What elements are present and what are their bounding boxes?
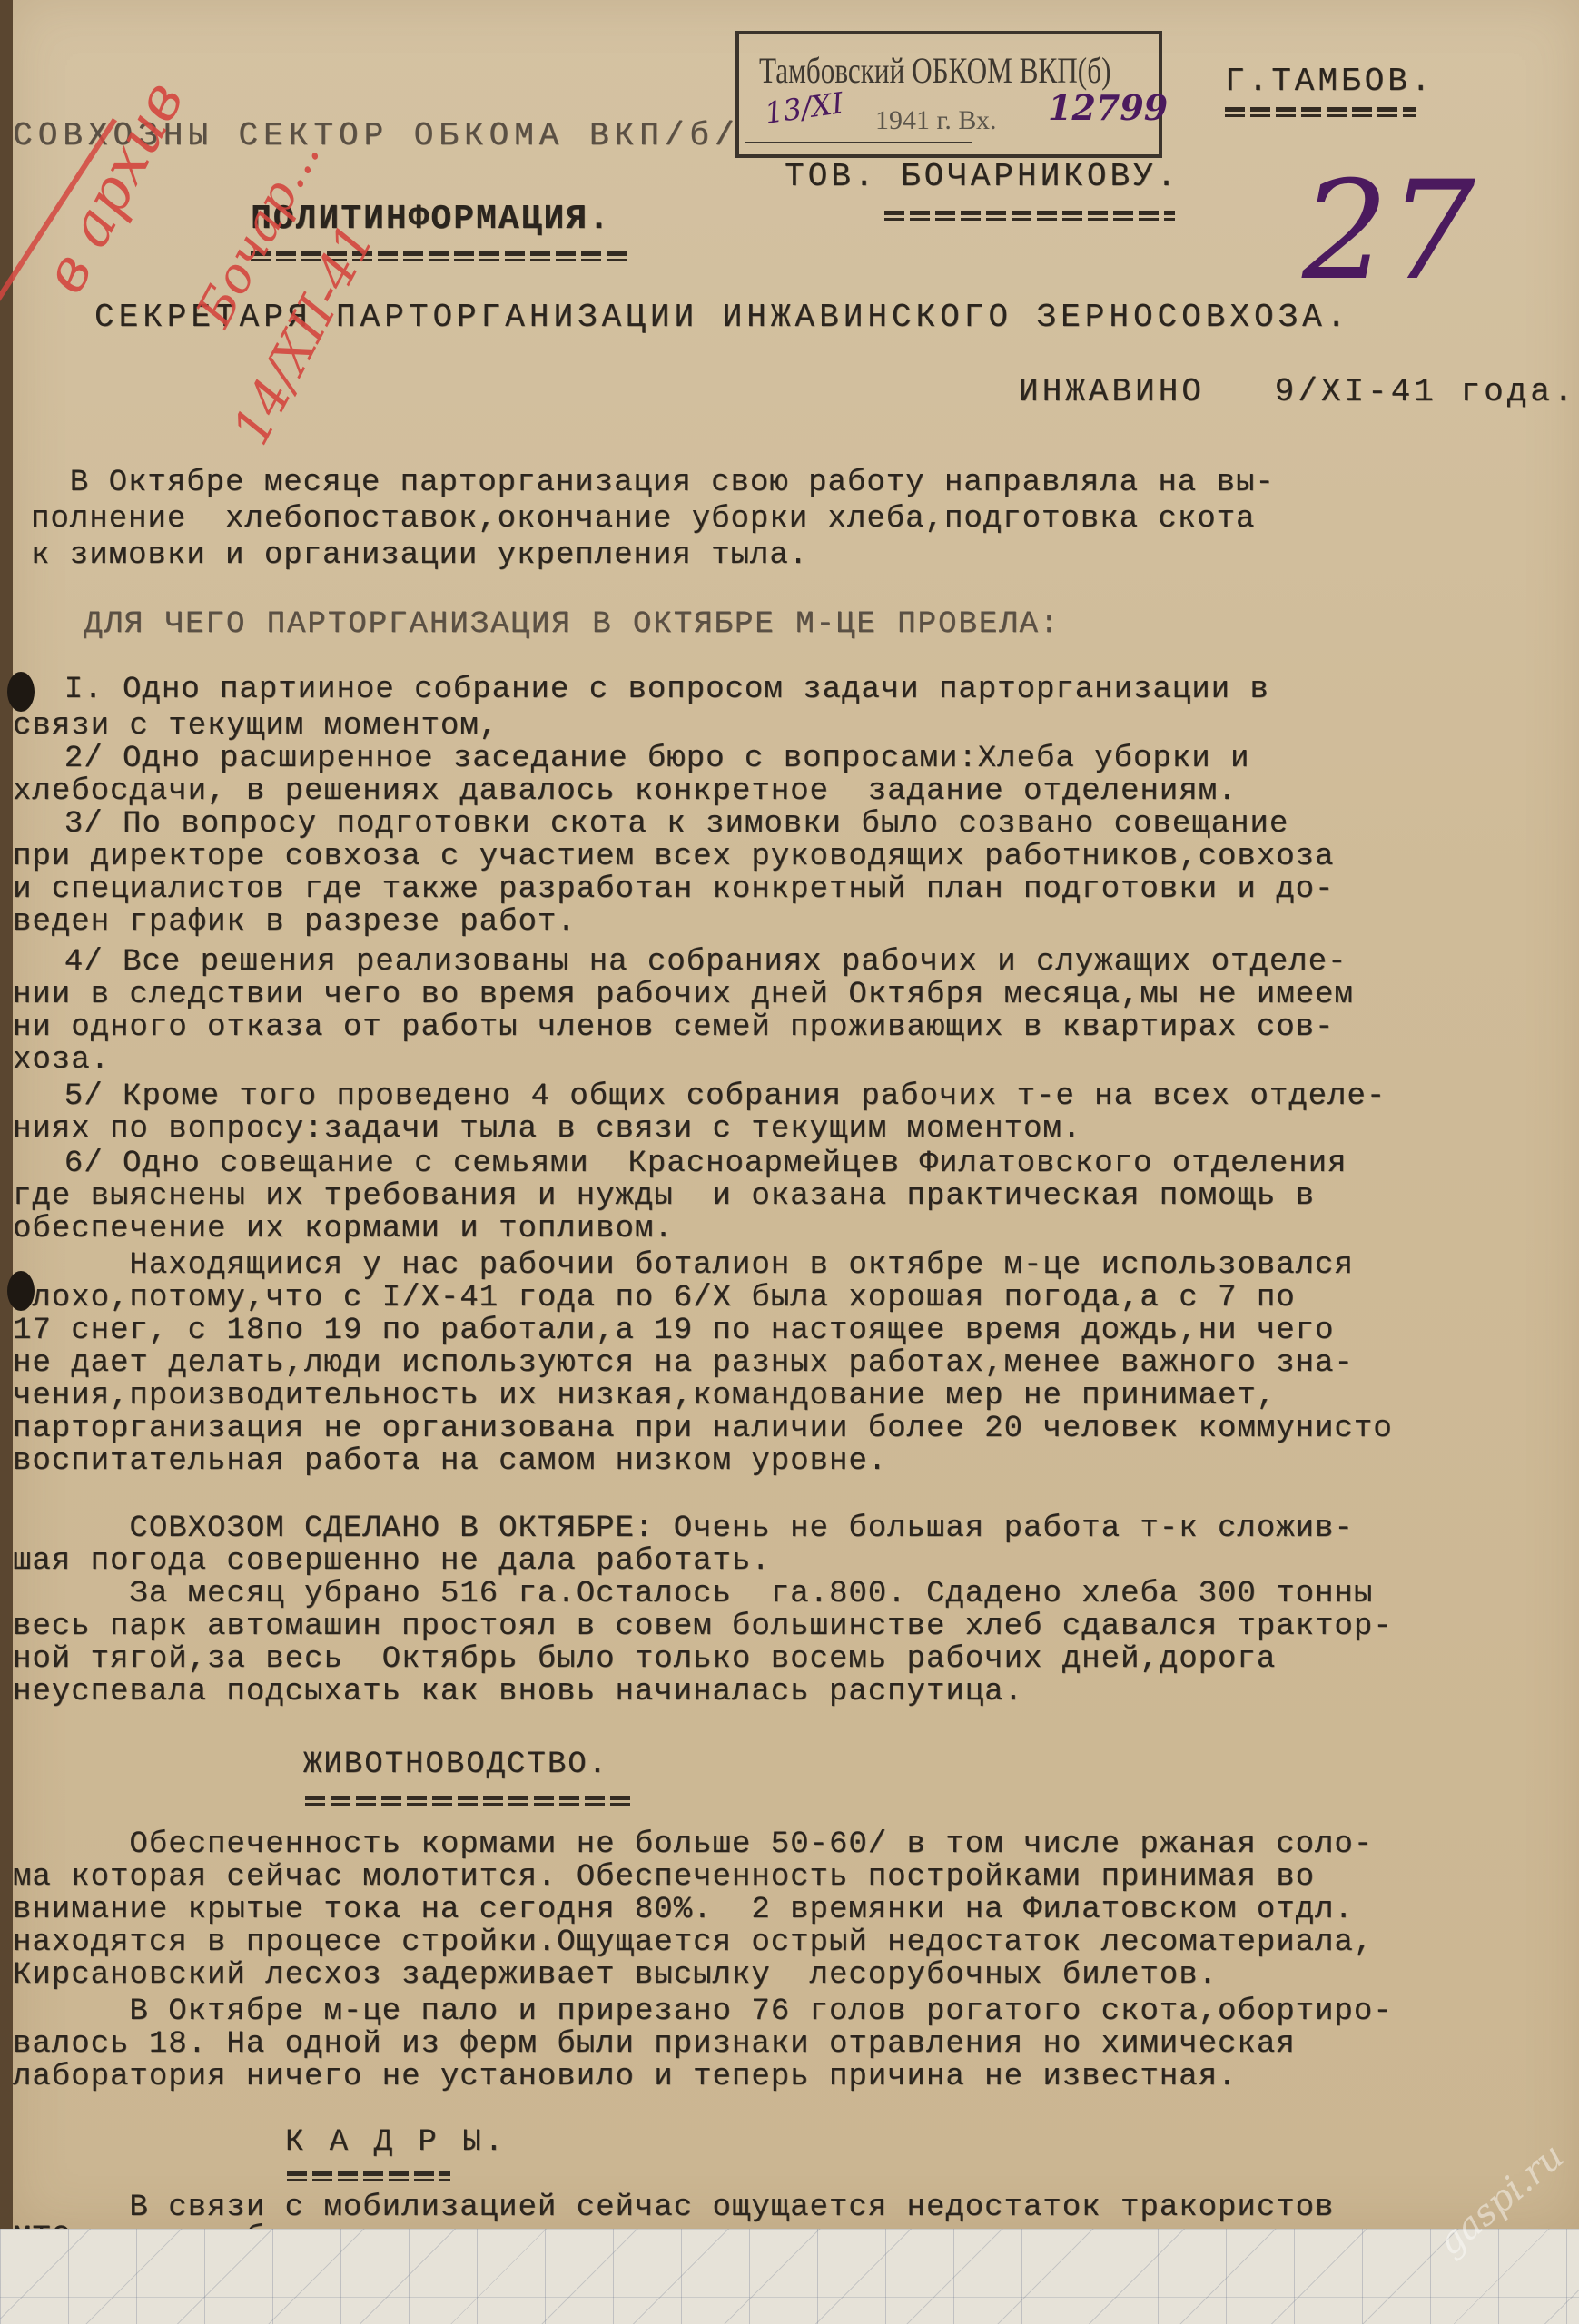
document-page: СОВХОЗНЫ СЕКТОР ОБКОМА ВКП/б/ Тамбовский… (13, 0, 1579, 2229)
text-line: СОВХОЗОМ СДЕЛАНО В ОКТЯБРЕ: Очень не бол… (13, 1511, 1354, 1547)
text-line: и специалистов где также разработан конк… (13, 871, 1334, 908)
text-line: веден график в разрезе работ. (13, 904, 577, 940)
text-line: лаборатория ничего не установило и тепер… (13, 2059, 1237, 2095)
text-line: связи с текущим моментом, (13, 708, 498, 744)
text-line: к зимовки и организации укрепления тыла. (31, 537, 808, 574)
section-heading-actions: ДЛЯ ЧЕГО ПАРТОРГАНИЗАЦИЯ В ОКТЯБРЕ М-ЦЕ … (84, 606, 1060, 643)
text-line: 17 снег, с 18по 19 по работали,а 19 по н… (13, 1313, 1334, 1349)
text-line: хоза. (13, 1042, 110, 1078)
text-line: находятся в процесе стройки.Ощущается ос… (13, 1925, 1373, 1961)
text-line: 5/ Кроме того проведено 4 общих собрания… (25, 1078, 1386, 1115)
folio-number: 27 (1302, 163, 1475, 300)
section-heading-cadres: К А Д Р Ы. (285, 2124, 507, 2161)
place-date-line: ИНЖАВИНО 9/XI-41 года. (1019, 374, 1576, 410)
text-line: парторганизация не организована при нали… (13, 1411, 1393, 1447)
text-line: валось 18. На одной из ферм были признак… (13, 2026, 1296, 2063)
text-line: при директоре совхоза с участием всех ру… (13, 839, 1334, 875)
text-line: 6/ Одно совещание с семьями Красноармейц… (25, 1146, 1347, 1182)
text-line: Обеспеченность кормами не больше 50-60/ … (13, 1827, 1373, 1863)
text-line: нии в следствии чего во время рабочих дн… (13, 977, 1354, 1013)
text-line: В Октябре месяце парторганизация свою ра… (31, 465, 1275, 501)
text-line: 4/ Все решения реализованы на собраниях … (25, 944, 1347, 980)
text-line: чения,производительность их низкая,коман… (13, 1378, 1276, 1414)
incoming-stamp: Тамбовский ОБКОМ ВКП(б) 13/XI 1941 г. Вх… (735, 31, 1162, 158)
text-line: воспитательная работа на самом низком ур… (13, 1443, 887, 1480)
text-line: обеспечение их кормами и топливом. (13, 1211, 674, 1247)
addressee-line: ТОВ. БОЧАРНИКОВУ. (785, 159, 1179, 195)
text-line: полнение хлебопоставок,окончание уборки … (31, 501, 1255, 537)
text-line: ни одного отказа от работы членов семей … (13, 1009, 1334, 1046)
text-line: В Октябре м-це пало и прирезано 76 голов… (13, 1994, 1393, 2030)
red-resolution: в архив (31, 71, 197, 304)
page-binding-edge (0, 0, 13, 2324)
text-line: 2/ Одно расширенное заседание бюро с воп… (25, 741, 1249, 777)
city-line: Г.ТАМБОВ. (1225, 64, 1434, 100)
punch-hole (7, 1271, 35, 1311)
text-line: хлебосдачи, в решениях давалось конкретн… (13, 773, 1237, 810)
text-line: 3/ По вопросу подготовки скота к зимовки… (25, 806, 1288, 842)
text-line: ниях по вопросу:задачи тыла в связи с те… (13, 1111, 1081, 1147)
text-line: ма которая сейчас молотится. Обеспеченно… (13, 1859, 1315, 1896)
text-line: За месяц убрано 516 га.Осталось га.800. … (13, 1576, 1373, 1612)
text-line: ной тягой,за весь Октябрь было только во… (13, 1641, 1276, 1678)
city-underline (1225, 107, 1416, 112)
stamp-year: 1941 г. Вх. (875, 105, 997, 136)
text-line: I. Одно партииное собрание с вопросом за… (25, 672, 1269, 708)
cadres-underline (287, 2171, 450, 2176)
stamp-org: Тамбовский ОБКОМ ВКП(б) (759, 49, 1110, 92)
livestock-underline (305, 1796, 632, 1800)
text-line: неуспевала подсыхать как вновь начиналас… (13, 1674, 1023, 1710)
text-line: плохо,потому,что с I/X-41 года по 6/X бы… (13, 1280, 1296, 1316)
doc-type-title: ПОЛИТИНФОРМАЦИЯ. (251, 202, 611, 238)
text-line: не дает делать,люди используются на разн… (13, 1345, 1354, 1382)
text-line: Находящиися у нас рабочии боталион в окт… (13, 1247, 1354, 1284)
stamp-handwritten-date: 13/XI (763, 85, 845, 131)
stamp-rule (745, 142, 972, 143)
stamp-incoming-number: 12799 (1048, 87, 1168, 128)
text-line: где выяснены их требования и нужды и ока… (13, 1178, 1315, 1215)
doc-type-underline (251, 251, 632, 256)
section-heading-livestock: ЖИВОТНОВОДСТВО. (303, 1747, 608, 1783)
addressee-underline (884, 211, 1175, 215)
text-line: Кирсановский лесхоз задерживает высылку … (13, 1957, 1218, 1994)
text-line: шая погода совершенно не дала работать. (13, 1543, 771, 1580)
text-line: весь парк автомашин простоял в совем бол… (13, 1609, 1393, 1645)
punch-hole (7, 672, 35, 712)
backing-grid-paper (0, 2229, 1579, 2324)
text-line: внимание крытые тока на сегодня 80%. 2 в… (13, 1892, 1354, 1928)
